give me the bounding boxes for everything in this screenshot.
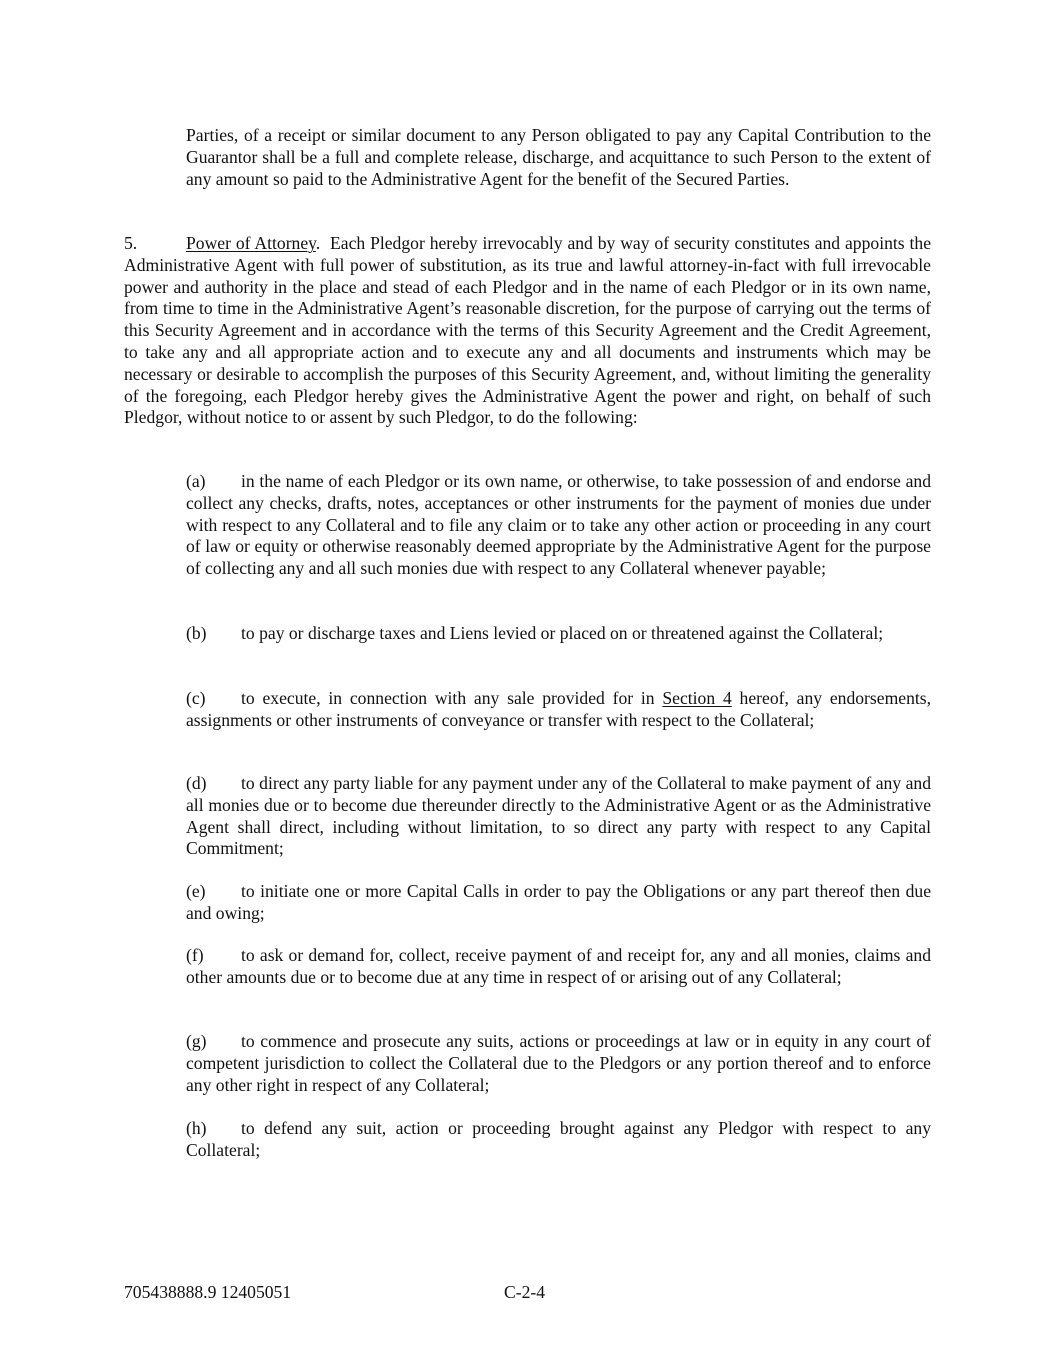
document-page: Parties, of a receipt or similar documen… (0, 0, 1055, 1365)
clause-f: (f)to ask or demand for, collect, receiv… (186, 945, 931, 989)
clause-d: (d)to direct any party liable for any pa… (186, 773, 931, 860)
footer-page-number: C-2-4 (504, 1282, 545, 1304)
clause-text: to defend any suit, action or proceeding… (186, 1118, 931, 1160)
section-heading: Power of Attorney (186, 233, 316, 253)
section-number: 5. (124, 233, 186, 255)
clause-label: (e) (186, 881, 241, 903)
clause-h: (h)to defend any suit, action or proceed… (186, 1118, 931, 1162)
section-5-paragraph: 5.Power of Attorney. Each Pledgor hereby… (124, 233, 931, 429)
clause-label: (a) (186, 471, 241, 493)
clause-label: (h) (186, 1118, 241, 1140)
clause-label: (c) (186, 688, 241, 710)
clause-text: to pay or discharge taxes and Liens levi… (241, 623, 883, 643)
clause-text: in the name of each Pledgor or its own n… (186, 471, 931, 578)
clause-text: to commence and prosecute any suits, act… (186, 1031, 931, 1095)
section-body: Each Pledgor hereby irrevocably and by w… (124, 233, 935, 427)
continuation-paragraph: Parties, of a receipt or similar documen… (186, 125, 931, 190)
clause-text: to ask or demand for, collect, receive p… (186, 945, 931, 987)
clause-label: (b) (186, 623, 241, 645)
clause-text: to direct any party liable for any payme… (186, 773, 931, 858)
clause-g: (g)to commence and prosecute any suits, … (186, 1031, 931, 1096)
clause-label: (f) (186, 945, 241, 967)
clause-e: (e)to initiate one or more Capital Calls… (186, 881, 931, 925)
clause-text-before: to execute, in connection with any sale … (241, 688, 662, 708)
clause-a: (a)in the name of each Pledgor or its ow… (186, 471, 931, 580)
footer-doc-id: 705438888.9 12405051 (124, 1282, 291, 1304)
clause-b: (b)to pay or discharge taxes and Liens l… (186, 623, 931, 645)
section-4-reference: Section 4 (662, 688, 731, 708)
clause-c: (c)to execute, in connection with any sa… (186, 688, 931, 732)
clause-text: to initiate one or more Capital Calls in… (186, 881, 931, 923)
clause-label: (d) (186, 773, 241, 795)
clause-label: (g) (186, 1031, 241, 1053)
